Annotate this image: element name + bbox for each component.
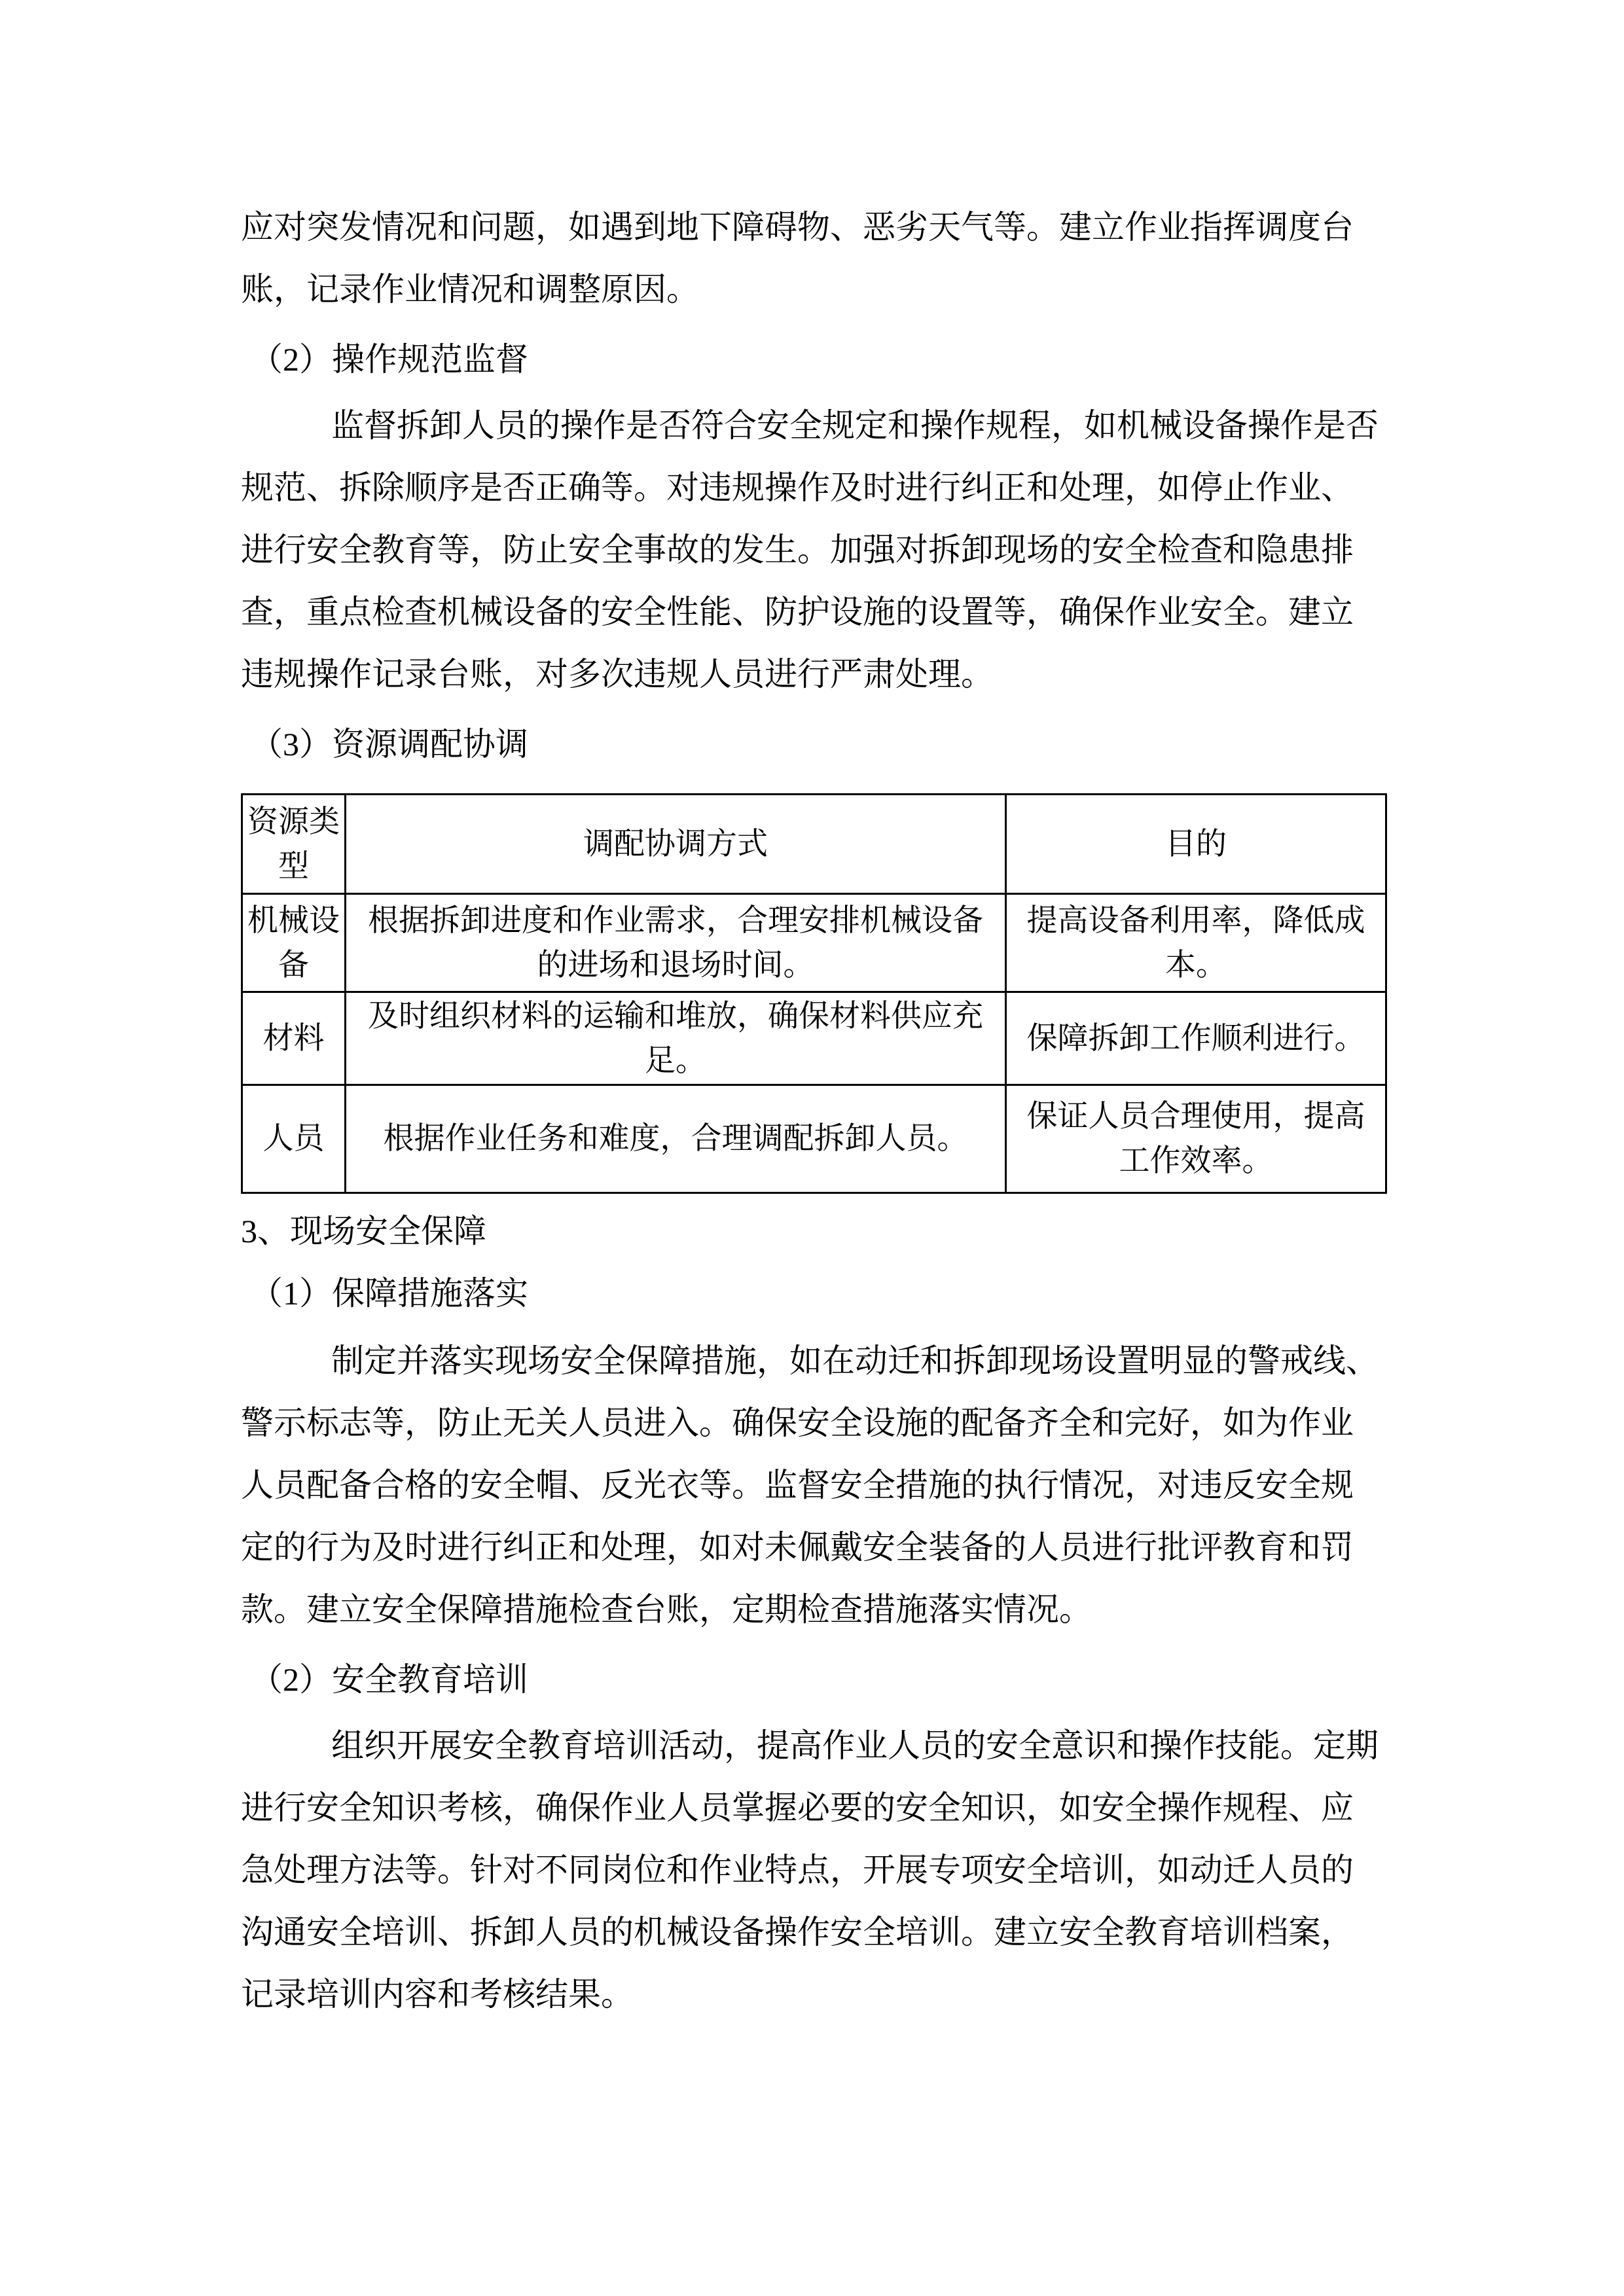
- cell-resource-type: 机械设 备: [242, 894, 346, 992]
- heading-operation-supervision: （2）操作规范监督: [241, 329, 1384, 391]
- header-goal: 目的: [1006, 795, 1386, 894]
- paragraph-safety-training: 组织开展安全教育培训活动，提高作业人员的安全意识和操作技能。定期 进行安全知识考…: [241, 1715, 1384, 2026]
- continuation-paragraph: 应对突发情况和问题，如遇到地下障碍物、恶劣天气等。建立作业指挥调度台 账，记录作…: [241, 196, 1384, 321]
- header-allocation-method: 调配协调方式: [346, 795, 1006, 894]
- resource-allocation-table: 资源类 型 调配协调方式 目的 机械设 备 根据拆卸进度和作业需求，合理安排机械…: [241, 793, 1387, 1194]
- cell-allocation-method: 根据拆卸进度和作业需求，合理安排机械设备 的进场和退场时间。: [346, 894, 1006, 992]
- paragraph-safeguard-measures: 制定并落实现场安全保障措施，如在动迁和拆卸现场设置明显的警戒线、 警示标志等，防…: [241, 1330, 1384, 1641]
- table-row: 人员 根据作业任务和难度，合理调配拆卸人员。 保证人员合理使用，提高 工作效率。: [242, 1085, 1386, 1193]
- table-row: 机械设 备 根据拆卸进度和作业需求，合理安排机械设备 的进场和退场时间。 提高设…: [242, 894, 1386, 992]
- cell-goal: 提高设备利用率，降低成 本。: [1006, 894, 1386, 992]
- heading-site-safety: 3、现场安全保障: [241, 1200, 1384, 1263]
- cell-resource-type: 材料: [242, 992, 346, 1085]
- cell-goal: 保障拆卸工作顺利进行。: [1006, 992, 1386, 1085]
- cell-allocation-method: 及时组织材料的运输和堆放，确保材料供应充 足。: [346, 992, 1006, 1085]
- table-row: 材料 及时组织材料的运输和堆放，确保材料供应充 足。 保障拆卸工作顺利进行。: [242, 992, 1386, 1085]
- heading-resource-allocation: （3）资源调配协调: [241, 713, 1384, 776]
- document-page: 应对突发情况和问题，如遇到地下障碍物、恶劣天气等。建立作业指挥调度台 账，记录作…: [0, 0, 1624, 2296]
- table-header-row: 资源类 型 调配协调方式 目的: [242, 795, 1386, 894]
- heading-safeguard-measures: （1）保障措施落实: [241, 1263, 1384, 1325]
- header-resource-type: 资源类 型: [242, 795, 346, 894]
- cell-resource-type: 人员: [242, 1085, 346, 1193]
- cell-allocation-method: 根据作业任务和难度，合理调配拆卸人员。: [346, 1085, 1006, 1193]
- cell-goal: 保证人员合理使用，提高 工作效率。: [1006, 1085, 1386, 1193]
- paragraph-operation-supervision: 监督拆卸人员的操作是否符合安全规定和操作规程，如机械设备操作是否 规范、拆除顺序…: [241, 395, 1384, 706]
- heading-safety-training: （2）安全教育培训: [241, 1649, 1384, 1711]
